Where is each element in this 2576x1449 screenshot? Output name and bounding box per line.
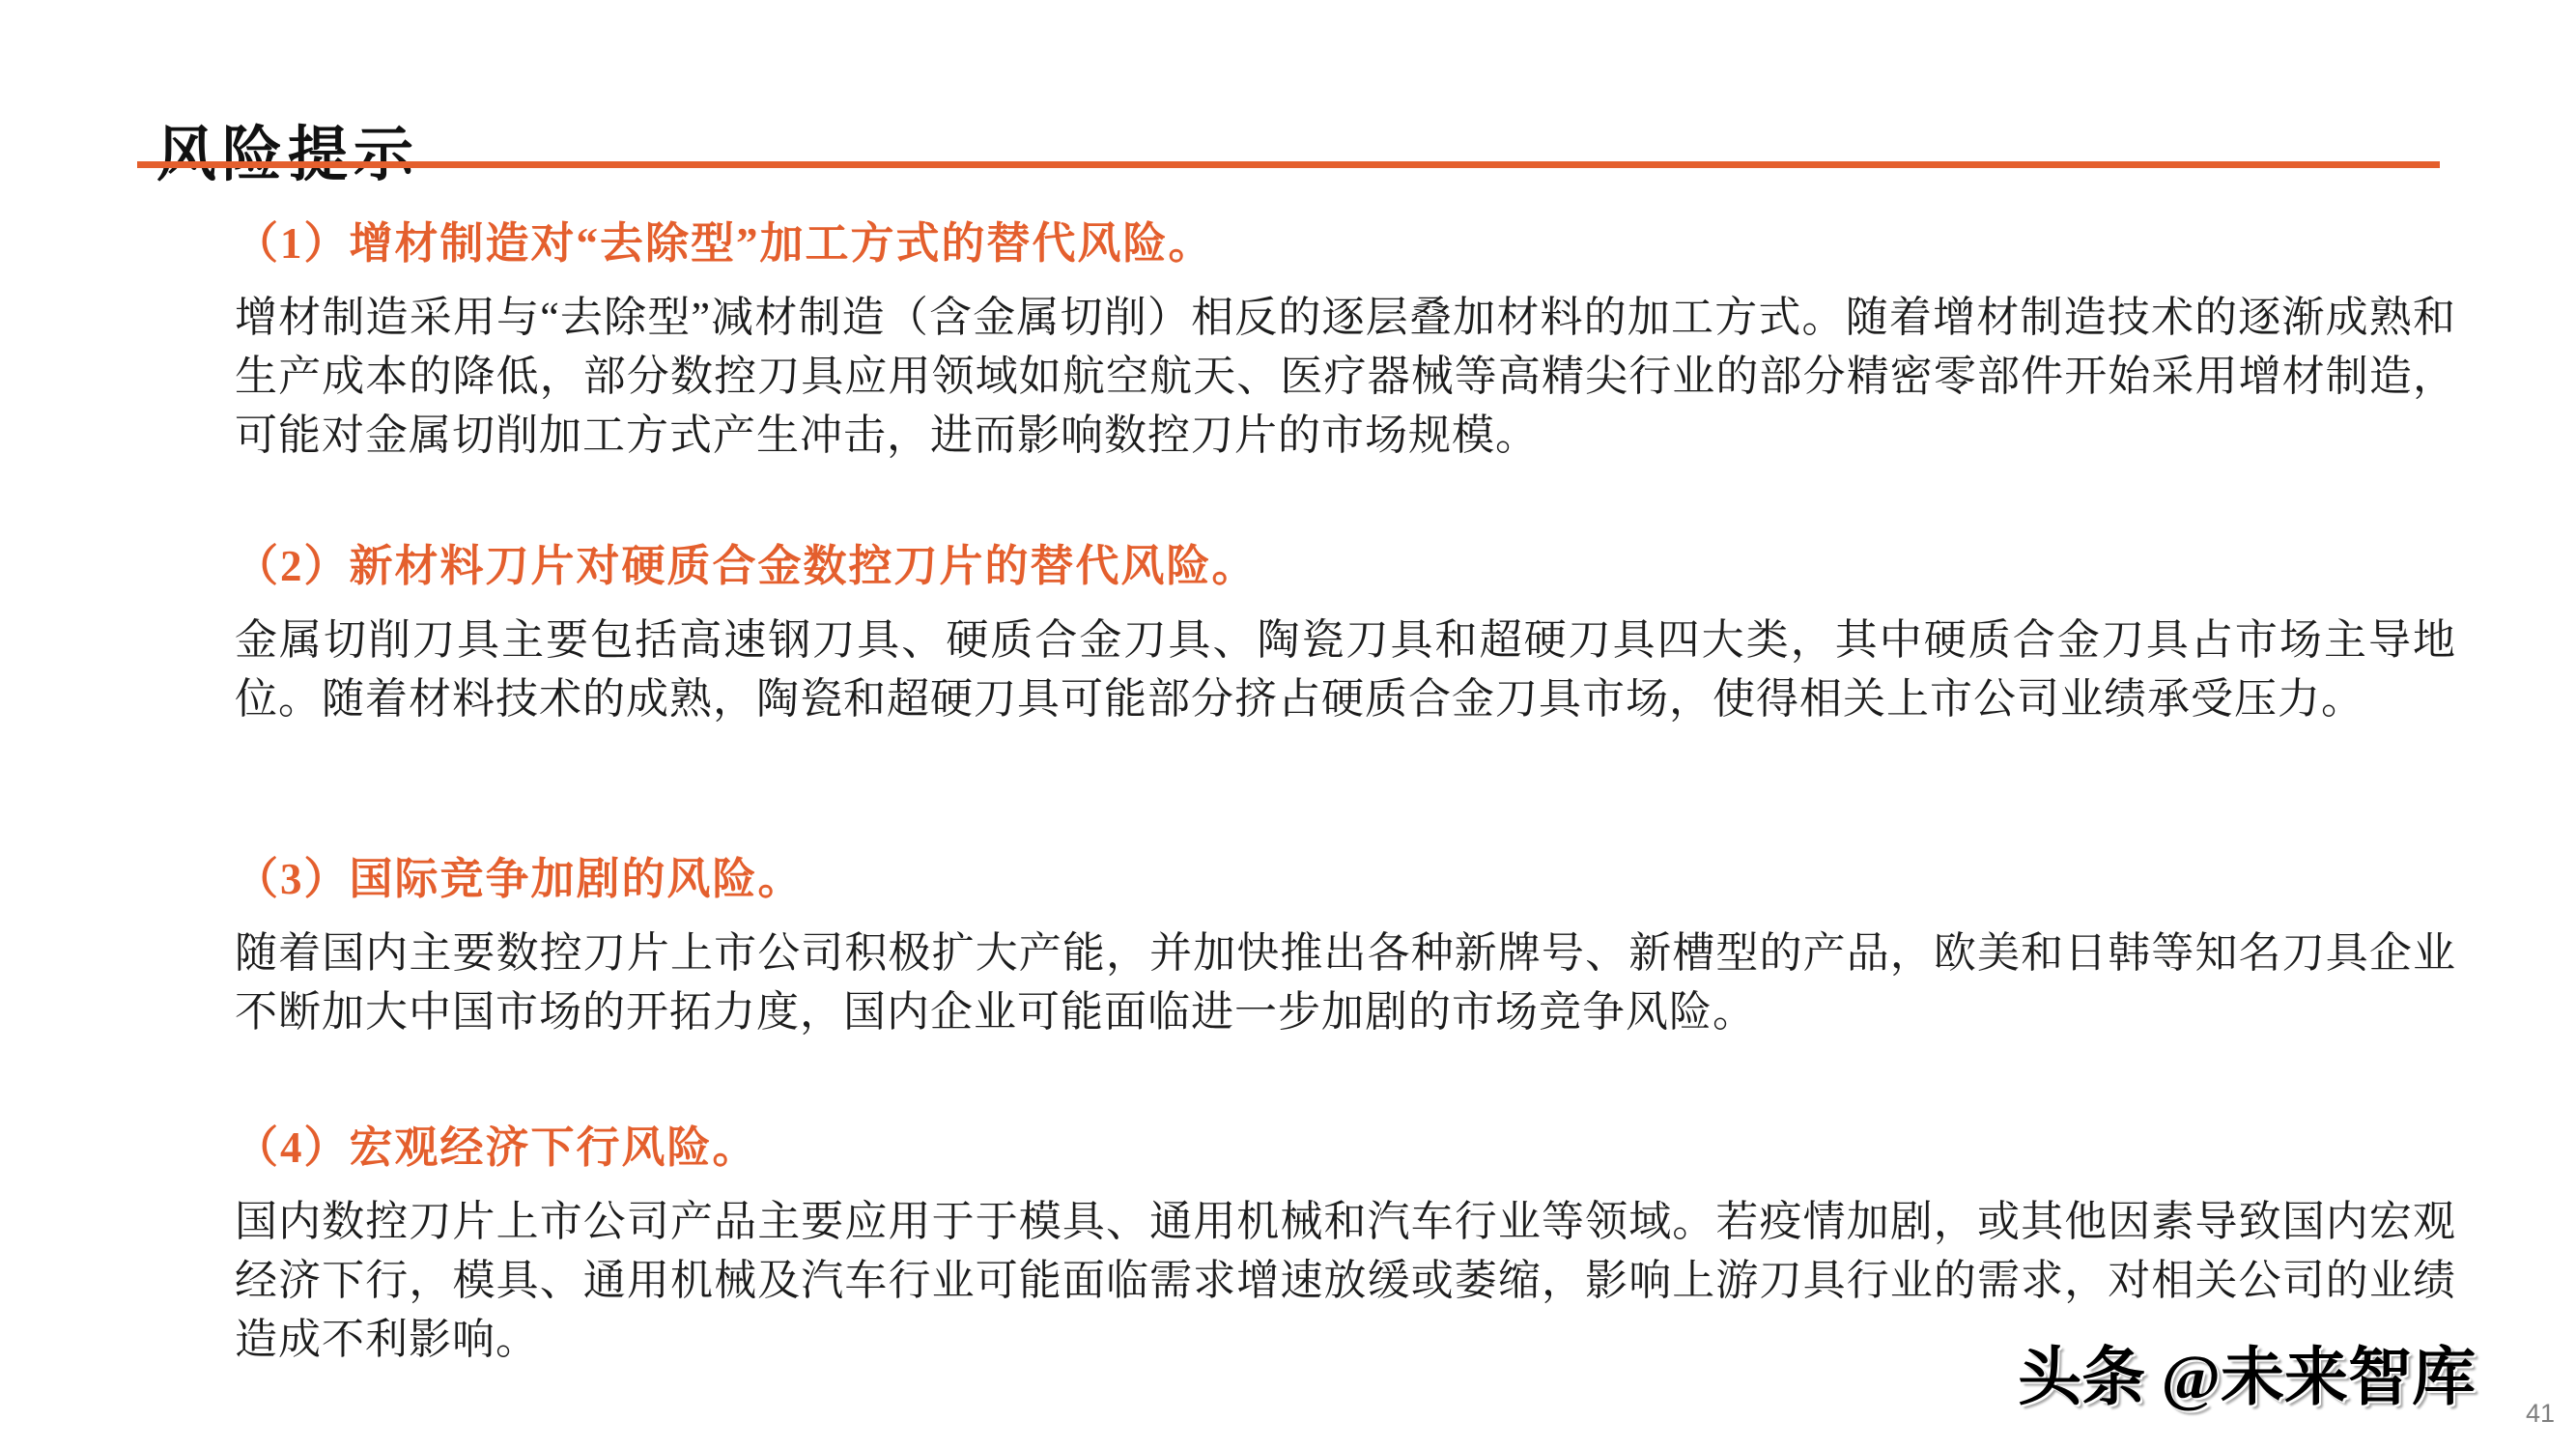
risk-section-1: （1）增材制造对“去除型”加工方式的替代风险。 增材制造采用与“去除型”减材制造… [235, 218, 2456, 465]
section-4-heading: （4）宏观经济下行风险。 [235, 1122, 2456, 1173]
page-title: 风险提示 [156, 106, 419, 192]
section-1-heading: （1）增材制造对“去除型”加工方式的替代风险。 [235, 218, 2456, 269]
watermark: 头条 @未来智库 [2018, 1325, 2476, 1417]
section-1-body: 增材制造采用与“去除型”减材制造（含金属切削）相反的逐层叠加材料的加工方式。随着… [235, 288, 2456, 465]
section-2-heading: （2）新材料刀片对硬质合金数控刀片的替代风险。 [235, 541, 2456, 591]
title-underline-rule [137, 161, 2440, 168]
risk-section-3: （3）国际竞争加剧的风险。 随着国内主要数控刀片上市公司积极扩大产能，并加快推出… [235, 854, 2456, 1041]
slide: 风险提示 （1）增材制造对“去除型”加工方式的替代风险。 增材制造采用与“去除型… [0, 0, 2576, 1449]
risk-section-2: （2）新材料刀片对硬质合金数控刀片的替代风险。 金属切削刀具主要包括高速钢刀具、… [235, 541, 2456, 728]
section-2-body: 金属切削刀具主要包括高速钢刀具、硬质合金刀具、陶瓷刀具和超硬刀具四大类，其中硬质… [235, 611, 2456, 728]
section-3-heading: （3）国际竞争加剧的风险。 [235, 854, 2456, 904]
page-number: 41 [2526, 1399, 2555, 1429]
section-3-body: 随着国内主要数控刀片上市公司积极扩大产能，并加快推出各种新牌号、新槽型的产品，欧… [235, 923, 2456, 1041]
